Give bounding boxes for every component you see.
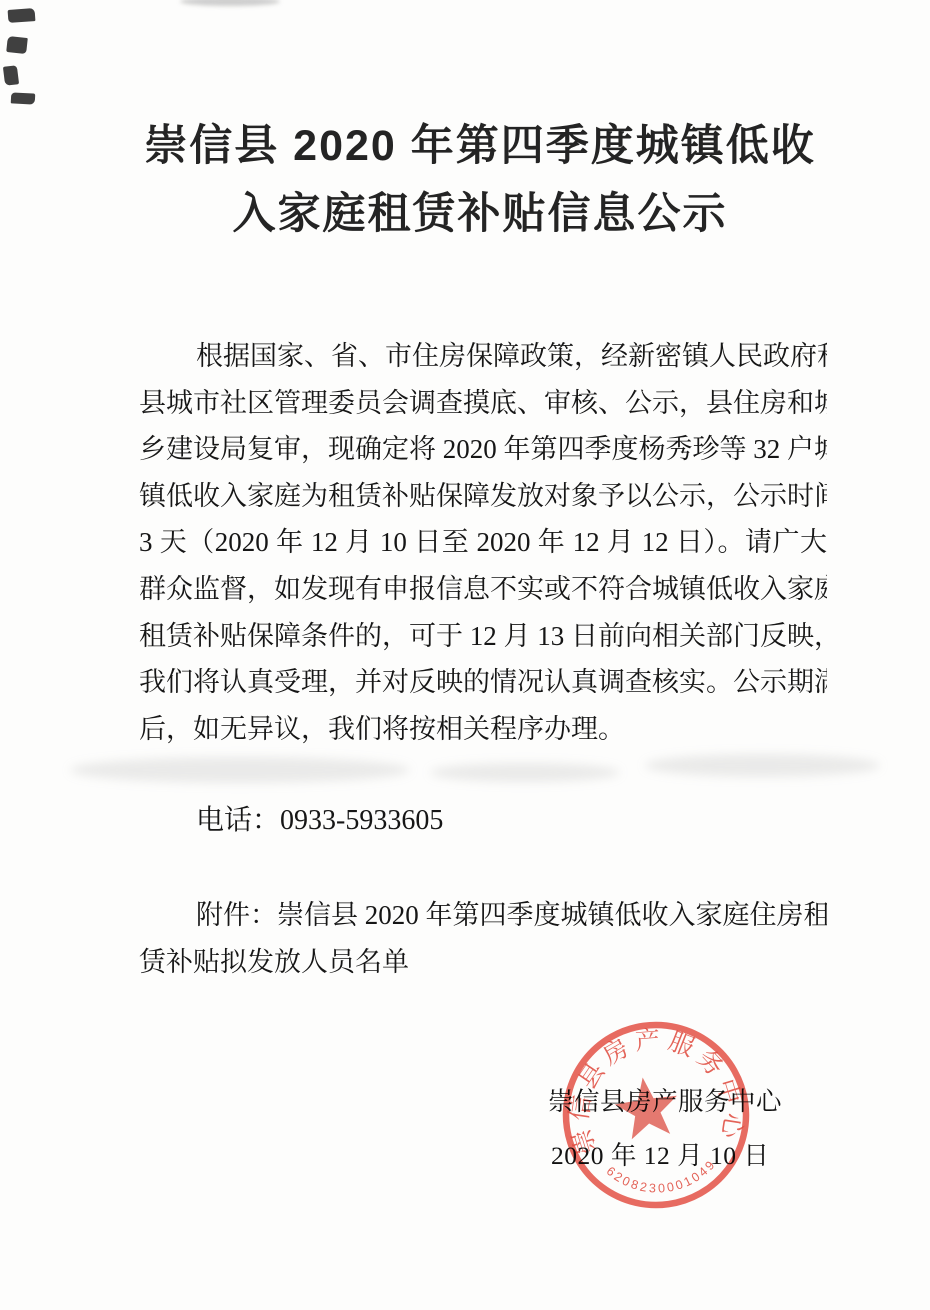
attachment-line: 赁补贴拟发放人员名单 (139, 939, 827, 986)
body-line: 根据国家、省、市住房保障政策，经新密镇人民政府和 (139, 333, 827, 380)
document-title-line-2: 入家庭租赁补贴信息公示 (30, 180, 930, 248)
body-line: 租赁补贴保障条件的，可于 12 月 13 日前向相关部门反映， (139, 613, 827, 660)
scan-smudge (645, 754, 880, 777)
star-icon (612, 1073, 682, 1141)
body-line: 乡建设局复审，现确定将 2020 年第四季度杨秀珍等 32 户城 (139, 426, 827, 473)
body-line: 群众监督，如发现有申报信息不实或不符合城镇低收入家庭 (139, 566, 827, 613)
scanned-notice-page: 崇信县 2020 年第四季度城镇低收 入家庭租赁补贴信息公示 根据国家、省、市住… (0, 0, 930, 1310)
attachment-line: 附件：崇信县 2020 年第四季度城镇低收入家庭住房租 (139, 892, 827, 939)
scan-smudge (430, 763, 620, 782)
body-line: 3 天（2020 年 12 月 10 日至 2020 年 12 月 12 日）。… (139, 519, 827, 566)
official-seal: 崇信县房产服务中心 6208230001049 (530, 989, 783, 1242)
body-line: 县城市社区管理委员会调查摸底、审核、公示，县住房和城 (139, 380, 827, 427)
seal-ring-text: 崇信县房产服务中心 (553, 1014, 752, 1170)
document-title-line-1: 崇信县 2020 年第四季度城镇低收 (30, 112, 930, 180)
scan-artifact (8, 8, 36, 23)
body-line: 镇低收入家庭为租赁补贴保障发放对象予以公示，公示时间 (139, 473, 827, 520)
scan-smudge (70, 757, 410, 783)
scan-artifact (3, 65, 19, 86)
scan-artifact (6, 36, 28, 54)
contact-phone: 电话：0933-5933605 (139, 799, 827, 843)
scan-artifact (11, 92, 36, 104)
notice-body: 根据国家、省、市住房保障政策，经新密镇人民政府和 县城市社区管理委员会调查摸底、… (139, 333, 827, 752)
scan-smudge (180, 0, 280, 6)
body-line: 后，如无异议，我们将按相关程序办理。 (139, 706, 827, 753)
attachment-reference: 附件：崇信县 2020 年第四季度城镇低收入家庭住房租 赁补贴拟发放人员名单 (139, 892, 827, 986)
body-line: 我们将认真受理，并对反映的情况认真调查核实。公示期满 (139, 659, 827, 706)
document-title: 崇信县 2020 年第四季度城镇低收 入家庭租赁补贴信息公示 (30, 112, 930, 248)
